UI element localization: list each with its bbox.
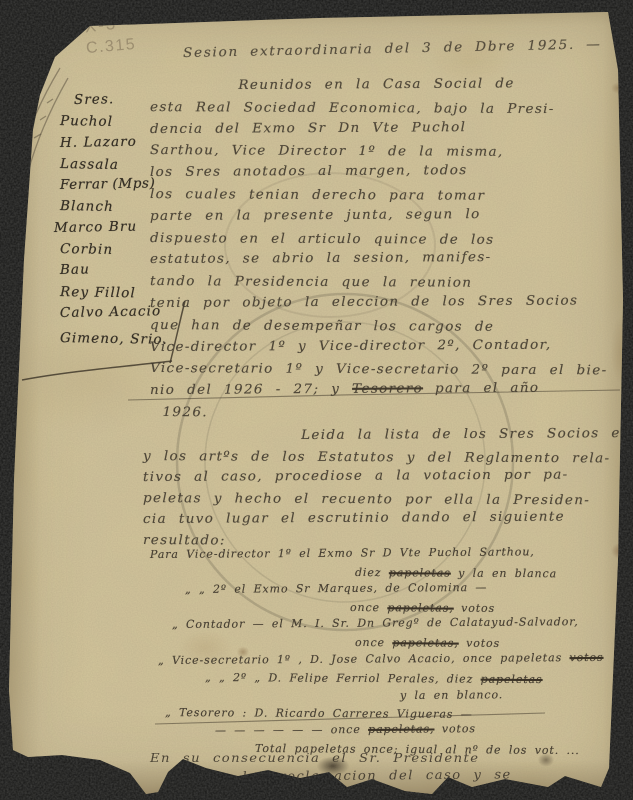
manuscript-page: IX-3 C.315 Sesion extraordinaria del 3 d… — [0, 0, 633, 800]
manuscript-line: dencia del Exmo Sr Dn Vte Puchol — [150, 119, 633, 144]
photo-background: IX-3 C.315 Sesion extraordinaria del 3 d… — [0, 0, 633, 800]
manuscript-line: cia tuvo lugar el escrutinio dando el si… — [143, 509, 633, 533]
body-paragraph-2: Leida la lista de los Sres Socios electo… — [143, 428, 633, 554]
election-results-list: Para Vice-director 1º el Exmo Sr D Vte P… — [150, 548, 628, 759]
manuscript-line: los Sres anotados al margen, todos — [150, 162, 633, 187]
archival-mark-box-number: C.315 — [85, 36, 137, 58]
manuscript-line: Reunidos en la Casa Social de — [238, 76, 633, 100]
body-paragraph-1: Reunidos en la Casa Social de esta Real … — [150, 78, 633, 427]
result-line: y la en blanco. — [400, 687, 628, 706]
session-title: Sesion extraordinaria del 3 de Dbre 1925… — [183, 37, 602, 61]
manuscript-line: Vice-director 1º y Vice-director 2º, Con… — [150, 337, 633, 362]
manuscript-line: parte en la presente junta, segun lo — [150, 206, 633, 231]
manuscript-line: Leida la lista de los Sres Socios electo… — [301, 426, 633, 449]
result-line: „ Vice-secretario 1º , D. Jose Calvo Aca… — [158, 650, 628, 671]
result-line: „ Contador — el M. I. Sr. Dn Gregº de Ca… — [172, 615, 628, 636]
manuscript-line: tivos al caso, procediose a la votacion … — [143, 467, 633, 491]
manuscript-line: tenia por objeto la eleccion de los Sres… — [150, 293, 633, 318]
manuscript-line: nio del 1926 - 27; y Tesorero para el añ… — [150, 380, 633, 405]
result-line: — — — — — — once papeletas, votos — [215, 721, 628, 741]
result-line: „ „ 2º el Exmo Sr Marques, de Colomina — — [185, 580, 628, 601]
result-line: Para Vice-director 1º el Exmo Sr D Vte P… — [150, 545, 628, 566]
manuscript-line: estatutos, se abrio la sesion, manifes- — [150, 249, 633, 274]
